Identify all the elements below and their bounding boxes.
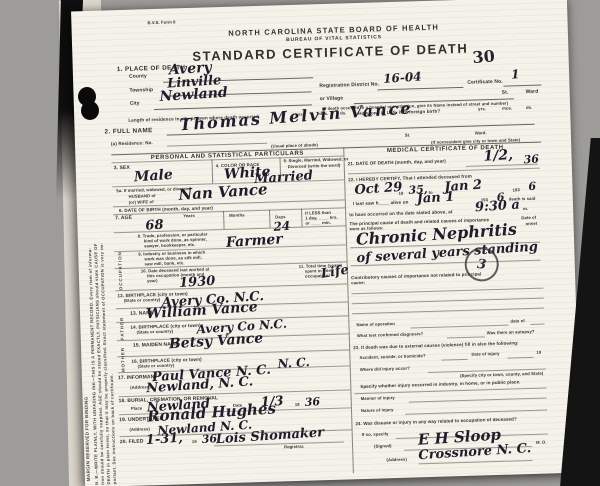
occupation-side-label: OCCUPATION <box>118 234 124 290</box>
related-occupation-label: 24. Was disease or injury in any way rel… <box>355 416 517 426</box>
father-side-label: FATHER <box>120 310 125 340</box>
physician-address-label: (Address) <box>386 458 407 463</box>
autopsy-label: Was there an autopsy? <box>487 330 535 336</box>
manner-line <box>409 398 547 403</box>
city-label: City <box>130 101 140 107</box>
filed-date-value: 1-31, <box>145 432 183 447</box>
filed-label: 20. FILED <box>120 440 144 446</box>
certificate-no-line <box>503 85 541 87</box>
test-line <box>447 336 485 338</box>
burial-place-label: Place <box>131 407 143 412</box>
nature-label: Nature of injury <box>361 408 394 414</box>
certificate-no-label: Certificate No. <box>467 80 503 87</box>
maiden-name-value: Betsy Vance <box>169 331 264 351</box>
where-injury-note: (Specify city or town, county, and State… <box>460 372 543 379</box>
ds-label-2: ds. <box>526 106 532 111</box>
certify-19b: 193 <box>512 188 519 193</box>
certify-19a: 19 <box>399 192 404 197</box>
age-years-label: Years <box>183 214 195 219</box>
med-rule-1 <box>348 168 540 175</box>
md-label: M. D. <box>536 441 547 446</box>
accident-line <box>442 359 468 361</box>
registration-district-value: 16-04 <box>383 70 422 84</box>
specify-where-label: Specify whether injury occurred in indus… <box>360 379 520 389</box>
burial-19-prefix: 19 <box>295 403 300 408</box>
last-saw-value: Jan 1 <box>416 191 454 206</box>
contributory-rule-3 <box>352 308 544 315</box>
total-time-value: Life <box>320 263 350 281</box>
registrar-label: Registrar. <box>284 445 304 450</box>
age-divider-2 <box>269 210 271 228</box>
residence-line <box>167 143 267 147</box>
signed-label: (Signed) <box>374 444 392 449</box>
where-injury-label: Where did injury occur? <box>360 367 410 373</box>
registration-district-label: Registration District No. <box>319 82 379 90</box>
form-number: B.V.S. Form 8 <box>147 20 175 26</box>
column-divider <box>343 147 354 473</box>
row-rule-12 <box>115 283 347 291</box>
burial-year-value: 36 <box>304 396 320 408</box>
stamp-number: 30 <box>472 46 496 67</box>
st-label: St. <box>502 91 509 97</box>
spouse-value: Nan Vance <box>178 182 268 203</box>
residence-ward-label: Ward. <box>475 131 487 136</box>
external-causes-label: 23. If death was due to external causes … <box>353 340 519 350</box>
yrs-label-2: yrs. <box>478 107 486 112</box>
filed-19-prefix: 19 <box>192 440 197 445</box>
injury-date-line <box>508 357 534 359</box>
row-rule-16 <box>117 349 349 357</box>
cell-divider-2 <box>279 157 281 181</box>
occurred-time-value: 9:30 a <box>475 198 521 214</box>
birthplace-sub: (State or country) <box>124 298 161 304</box>
date-of-death-label: 21. DATE OF DEATH (month, day, and year) <box>348 158 446 166</box>
injury-19: 19 <box>536 351 541 356</box>
manner-label: Manner of injury <box>361 396 395 402</box>
test-label: What test confirmed diagnosis? <box>357 332 424 339</box>
ward-label: Ward <box>526 90 539 96</box>
attended-from-value: Oct 29 <box>354 181 403 197</box>
age-divider-3 <box>301 209 303 227</box>
contributory-rule-1 <box>352 288 544 295</box>
contributory-label-2: cause: <box>351 281 365 286</box>
certificate-page: MARGIN RESERVED FOR BINDING N. B.—WRITE … <box>71 0 581 486</box>
age-divider-1 <box>223 211 225 229</box>
scanned-death-certificate: MARGIN RESERVED FOR BINDING N. B.—WRITE … <box>0 0 600 486</box>
operation-date-label: date of <box>510 319 525 324</box>
undertaker-address-label: (Address) <box>129 427 150 432</box>
county-label: County <box>129 74 147 80</box>
residence-label: (a) Residence: No. <box>111 140 153 147</box>
certificate-no-value: 1 <box>511 68 520 81</box>
father-birthplace-sub: (State or country) <box>137 330 174 336</box>
contributory-rule-2 <box>352 298 544 305</box>
header-title: STANDARD CERTIFICATE OF DEATH <box>192 42 468 65</box>
date-of-onset-label-2: onset <box>525 222 537 227</box>
cause-code-value: 3 <box>476 256 487 272</box>
accident-label: Accident, suicide, or homicide? <box>359 354 425 361</box>
sex-label: 3. SEX <box>114 166 130 172</box>
punch-hole <box>78 87 96 106</box>
header-bureau: BUREAU OF VITAL STATISTICS <box>286 35 382 44</box>
last-saw-label: I last saw h____ alive on <box>353 200 409 207</box>
or-village-label: or Village <box>320 96 344 102</box>
occurred-m-label: m. <box>523 207 528 212</box>
cell-divider-1 <box>211 159 213 183</box>
operation-label: Name of operation <box>356 322 395 328</box>
last-worked-label-3: year) <box>147 279 158 284</box>
occurred-label: to have occurred on the date stated abov… <box>349 209 452 217</box>
city-value: Newland <box>159 86 228 104</box>
residence-st-label: St. <box>405 133 411 138</box>
nature-line <box>405 410 547 415</box>
injury-date-label: Date of injury <box>471 352 499 358</box>
attended-to-year: 6 <box>528 181 536 192</box>
date-of-death-value: 1/2, <box>483 148 513 164</box>
township-label: Township <box>129 88 153 94</box>
if-so-label: If so, specify <box>362 432 389 438</box>
operation-line <box>411 325 509 329</box>
full-name-label: 2. FULL NAME <box>105 127 153 136</box>
sex-value: Male <box>134 168 174 184</box>
age-months-label: Months <box>229 213 245 218</box>
contributory-label-1: Contributory causes of importance not re… <box>351 271 481 280</box>
operation-date-line <box>531 324 545 325</box>
mos-label-2: mos. <box>502 106 512 111</box>
age-label: 7. AGE <box>115 216 132 222</box>
registration-district-line <box>377 87 463 91</box>
